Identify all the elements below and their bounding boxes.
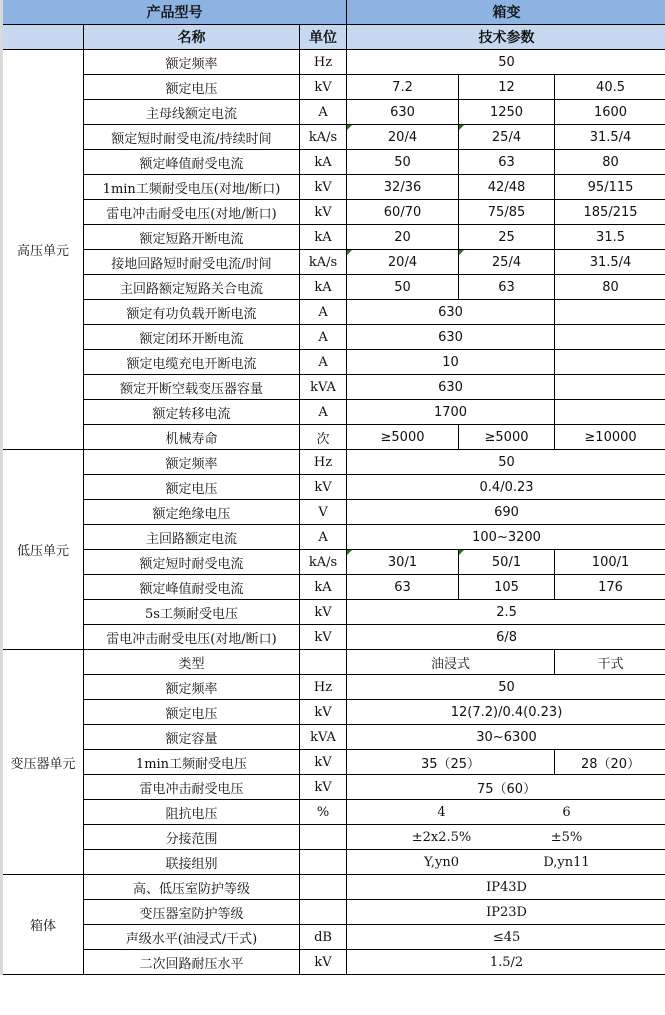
value-pair: Y,yn0D,yn11	[372, 855, 642, 870]
param-value: 1250	[459, 100, 555, 125]
param-value: 20/4	[347, 250, 459, 275]
param-name: 主母线额定电流	[84, 100, 300, 125]
section-box-title: 箱体	[2, 875, 84, 975]
param-value: 63	[459, 150, 555, 175]
param-name: 声级水平(油浸式/干式)	[84, 925, 300, 950]
param-value-empty	[555, 400, 665, 425]
param-value: 630	[347, 300, 555, 325]
param-unit: kV	[300, 700, 347, 725]
param-value: 60/70	[347, 200, 459, 225]
param-unit: kA	[300, 275, 347, 300]
param-value: 31.5	[555, 225, 665, 250]
table-row: 额定开断空载变压器容量 kVA 630	[2, 375, 665, 400]
table-row: 接地回路短时耐受电流/时间 kA/s 20/4 25/4 31.5/4	[2, 250, 665, 275]
param-name: 接地回路短时耐受电流/时间	[84, 250, 300, 275]
table-row: 额定短路开断电流 kA 20 25 31.5	[2, 225, 665, 250]
param-unit: kA	[300, 575, 347, 600]
param-name: 额定转移电流	[84, 400, 300, 425]
param-name: 主回路额定电流	[84, 525, 300, 550]
table-row: 1min工频耐受电压 kV 35（25） 28（20）	[2, 750, 665, 775]
param-value: 32/36	[347, 175, 459, 200]
param-value: ±5%	[512, 830, 622, 845]
table-row: 雷电冲击耐受电压 kV 75（60）	[2, 775, 665, 800]
param-name: 额定峰值耐受电流	[84, 575, 300, 600]
product-model-label: 产品型号	[2, 0, 347, 25]
param-name: 机械寿命	[84, 425, 300, 450]
table-row: 额定电压 kV 0.4/0.23	[2, 475, 665, 500]
param-unit: V	[300, 500, 347, 525]
param-unit: kA	[300, 150, 347, 175]
table-row: 额定容量 kVA 30~6300	[2, 725, 665, 750]
param-value-empty	[555, 375, 665, 400]
param-name: 雷电冲击耐受电压(对地/断口)	[84, 625, 300, 650]
param-value: 0.4/0.23	[347, 475, 665, 500]
param-value: 50	[347, 450, 665, 475]
param-name: 雷电冲击耐受电压	[84, 775, 300, 800]
param-value: 2.5	[347, 600, 665, 625]
param-value: 4	[372, 805, 512, 820]
param-value: 630	[347, 325, 555, 350]
table-row: 机械寿命 次 ≥5000 ≥5000 ≥10000	[2, 425, 665, 450]
param-value: 25/4	[459, 250, 555, 275]
param-name: 阻抗电压	[84, 800, 300, 825]
param-value: 75（60）	[347, 775, 665, 800]
param-value-empty	[555, 300, 665, 325]
param-value: 50/1	[459, 550, 555, 575]
param-value: 35（25）	[347, 750, 555, 775]
spec-table: 产品型号 箱变 名称 单位 技术参数 高压单元 额定频率 Hz 50 额定电压 …	[0, 0, 665, 975]
param-value: 185/215	[555, 200, 665, 225]
param-value: 100/1	[555, 550, 665, 575]
param-name: 二次回路耐压水平	[84, 950, 300, 975]
param-value-pair: ±2x2.5%±5%	[347, 825, 665, 850]
tech-params-column-header: 技术参数	[347, 25, 665, 50]
section-lv-title: 低压单元	[2, 450, 84, 650]
param-unit: kA/s	[300, 550, 347, 575]
param-name: 联接组别	[84, 850, 300, 875]
param-value: ≤45	[347, 925, 665, 950]
param-value: ≥5000	[347, 425, 459, 450]
header-row-product: 产品型号 箱变	[2, 0, 665, 25]
unit-column-header: 单位	[300, 25, 347, 50]
param-name: 高、低压室防护等级	[84, 875, 300, 900]
table-row: 主回路额定短路关合电流 kA 50 63 80	[2, 275, 665, 300]
param-value-empty	[555, 350, 665, 375]
param-value: 100~3200	[347, 525, 665, 550]
table-row: 额定电缆充电开断电流 A 10	[2, 350, 665, 375]
param-value: ≥5000	[459, 425, 555, 450]
table-row: 高压单元 额定频率 Hz 50	[2, 50, 665, 75]
param-name: 额定频率	[84, 675, 300, 700]
table-row: 额定绝缘电压 V 690	[2, 500, 665, 525]
param-unit: A	[300, 100, 347, 125]
name-column-header: 名称	[84, 25, 300, 50]
param-value: IP43D	[347, 875, 665, 900]
param-unit: kV	[300, 175, 347, 200]
param-value-pair: 46	[347, 800, 665, 825]
table-row: 额定短时耐受电流/持续时间 kA/s 20/4 25/4 31.5/4	[2, 125, 665, 150]
table-row: 额定短时耐受电流 kA/s 30/1 50/1 100/1	[2, 550, 665, 575]
table-row: 额定峰值耐受电流 kA 50 63 80	[2, 150, 665, 175]
param-name: 额定电压	[84, 475, 300, 500]
param-unit: 次	[300, 425, 347, 450]
param-unit: kVA	[300, 375, 347, 400]
param-value: 25/4	[459, 125, 555, 150]
param-name: 额定有功负载开断电流	[84, 300, 300, 325]
param-value: 95/115	[555, 175, 665, 200]
param-name: 额定短时耐受电流/持续时间	[84, 125, 300, 150]
param-value: ±2x2.5%	[372, 830, 512, 845]
param-name: 额定频率	[84, 450, 300, 475]
param-name: 额定容量	[84, 725, 300, 750]
param-value: 6/8	[347, 625, 665, 650]
param-unit: kA/s	[300, 125, 347, 150]
param-unit: A	[300, 525, 347, 550]
param-unit: %	[300, 800, 347, 825]
value-pair: ±2x2.5%±5%	[372, 830, 642, 845]
table-row: 雷电冲击耐受电压(对地/断口) kV 60/70 75/85 185/215	[2, 200, 665, 225]
param-name: 变压器室防护等级	[84, 900, 300, 925]
table-row: 联接组别 Y,yn0D,yn11	[2, 850, 665, 875]
param-value: 63	[347, 575, 459, 600]
param-value: 6	[512, 805, 622, 820]
param-value: 12(7.2)/0.4(0.23)	[347, 700, 665, 725]
param-value: 30/1	[347, 550, 459, 575]
table-row: 低压单元 额定频率 Hz 50	[2, 450, 665, 475]
param-value: 80	[555, 150, 665, 175]
param-value: 油浸式	[347, 650, 555, 675]
param-unit: Hz	[300, 675, 347, 700]
param-value: 50	[347, 675, 665, 700]
param-name: 额定频率	[84, 50, 300, 75]
param-unit: kVA	[300, 725, 347, 750]
param-value: 31.5/4	[555, 250, 665, 275]
param-value: 31.5/4	[555, 125, 665, 150]
param-name: 额定绝缘电压	[84, 500, 300, 525]
param-value: 25	[459, 225, 555, 250]
param-value: 75/85	[459, 200, 555, 225]
table-row: 雷电冲击耐受电压(对地/断口) kV 6/8	[2, 625, 665, 650]
param-value: 20	[347, 225, 459, 250]
param-unit: Hz	[300, 50, 347, 75]
param-unit: Hz	[300, 450, 347, 475]
param-value: 1700	[347, 400, 555, 425]
param-unit: kV	[300, 750, 347, 775]
table-row: 额定频率 Hz 50	[2, 675, 665, 700]
table-row: 额定峰值耐受电流 kA 63 105 176	[2, 575, 665, 600]
table-row: 额定转移电流 A 1700	[2, 400, 665, 425]
param-unit: kV	[300, 775, 347, 800]
table-row: 主回路额定电流 A 100~3200	[2, 525, 665, 550]
param-name: 5s工频耐受电压	[84, 600, 300, 625]
table-row: 分接范围 ±2x2.5%±5%	[2, 825, 665, 850]
param-unit: kA/s	[300, 250, 347, 275]
param-unit: A	[300, 400, 347, 425]
param-name: 额定闭环开断电流	[84, 325, 300, 350]
param-unit: A	[300, 350, 347, 375]
table-row: 箱体 高、低压室防护等级 IP43D	[2, 875, 665, 900]
param-unit: A	[300, 325, 347, 350]
param-unit: kV	[300, 200, 347, 225]
param-name: 额定电缆充电开断电流	[84, 350, 300, 375]
param-unit	[300, 650, 347, 675]
param-name: 雷电冲击耐受电压(对地/断口)	[84, 200, 300, 225]
section-hv-title: 高压单元	[2, 50, 84, 450]
header-row-columns: 名称 单位 技术参数	[2, 25, 665, 50]
param-unit	[300, 900, 347, 925]
table-row: 5s工频耐受电压 kV 2.5	[2, 600, 665, 625]
param-value: 28（20）	[555, 750, 665, 775]
param-value: 12	[459, 75, 555, 100]
param-value: 20/4	[347, 125, 459, 150]
table-row: 额定闭环开断电流 A 630	[2, 325, 665, 350]
param-value: 80	[555, 275, 665, 300]
param-name: 额定开断空载变压器容量	[84, 375, 300, 400]
param-unit: kV	[300, 600, 347, 625]
param-value: 50	[347, 150, 459, 175]
param-unit	[300, 825, 347, 850]
table-row: 阻抗电压 % 46	[2, 800, 665, 825]
table-row: 1min工频耐受电压(对地/断口) kV 32/36 42/48 95/115	[2, 175, 665, 200]
table-row: 变压器室防护等级 IP23D	[2, 900, 665, 925]
param-name: 1min工频耐受电压	[84, 750, 300, 775]
table-row: 主母线额定电流 A 630 1250 1600	[2, 100, 665, 125]
param-value-empty	[555, 325, 665, 350]
param-value: 40.5	[555, 75, 665, 100]
product-model-value: 箱变	[347, 0, 665, 25]
param-value: IP23D	[347, 900, 665, 925]
param-value: 690	[347, 500, 665, 525]
param-value: 630	[347, 100, 459, 125]
param-unit	[300, 875, 347, 900]
table-row: 额定电压 kV 12(7.2)/0.4(0.23)	[2, 700, 665, 725]
section-transformer-title: 变压器单元	[2, 650, 84, 875]
param-value: ≥10000	[555, 425, 665, 450]
param-value: D,yn11	[512, 855, 622, 870]
param-name: 分接范围	[84, 825, 300, 850]
table-row: 声级水平(油浸式/干式) dB ≤45	[2, 925, 665, 950]
value-pair: 46	[372, 805, 642, 820]
param-value: 7.2	[347, 75, 459, 100]
param-unit: kV	[300, 75, 347, 100]
param-value: 10	[347, 350, 555, 375]
param-value-pair: Y,yn0D,yn11	[347, 850, 665, 875]
param-value: 105	[459, 575, 555, 600]
param-unit: dB	[300, 925, 347, 950]
table-row: 额定有功负载开断电流 A 630	[2, 300, 665, 325]
param-name: 类型	[84, 650, 300, 675]
param-unit: kV	[300, 950, 347, 975]
param-value: 50	[347, 50, 665, 75]
param-unit: A	[300, 300, 347, 325]
table-row: 二次回路耐压水平 kV 1.5/2	[2, 950, 665, 975]
param-value: 63	[459, 275, 555, 300]
param-unit: kA	[300, 225, 347, 250]
param-name: 额定短路开断电流	[84, 225, 300, 250]
param-unit: kV	[300, 475, 347, 500]
param-value: 1600	[555, 100, 665, 125]
param-value: 50	[347, 275, 459, 300]
param-unit	[300, 850, 347, 875]
param-name: 额定电压	[84, 75, 300, 100]
table-row: 变压器单元 类型 油浸式 干式	[2, 650, 665, 675]
param-name: 1min工频耐受电压(对地/断口)	[84, 175, 300, 200]
param-value: 30~6300	[347, 725, 665, 750]
param-value: 630	[347, 375, 555, 400]
group-header-empty	[2, 25, 84, 50]
param-name: 额定峰值耐受电流	[84, 150, 300, 175]
param-value: 1.5/2	[347, 950, 665, 975]
param-name: 额定电压	[84, 700, 300, 725]
param-name: 额定短时耐受电流	[84, 550, 300, 575]
param-value: 干式	[555, 650, 665, 675]
param-value: 42/48	[459, 175, 555, 200]
param-name: 主回路额定短路关合电流	[84, 275, 300, 300]
param-value: 176	[555, 575, 665, 600]
table-row: 额定电压 kV 7.2 12 40.5	[2, 75, 665, 100]
param-value: Y,yn0	[372, 855, 512, 870]
param-unit: kV	[300, 625, 347, 650]
